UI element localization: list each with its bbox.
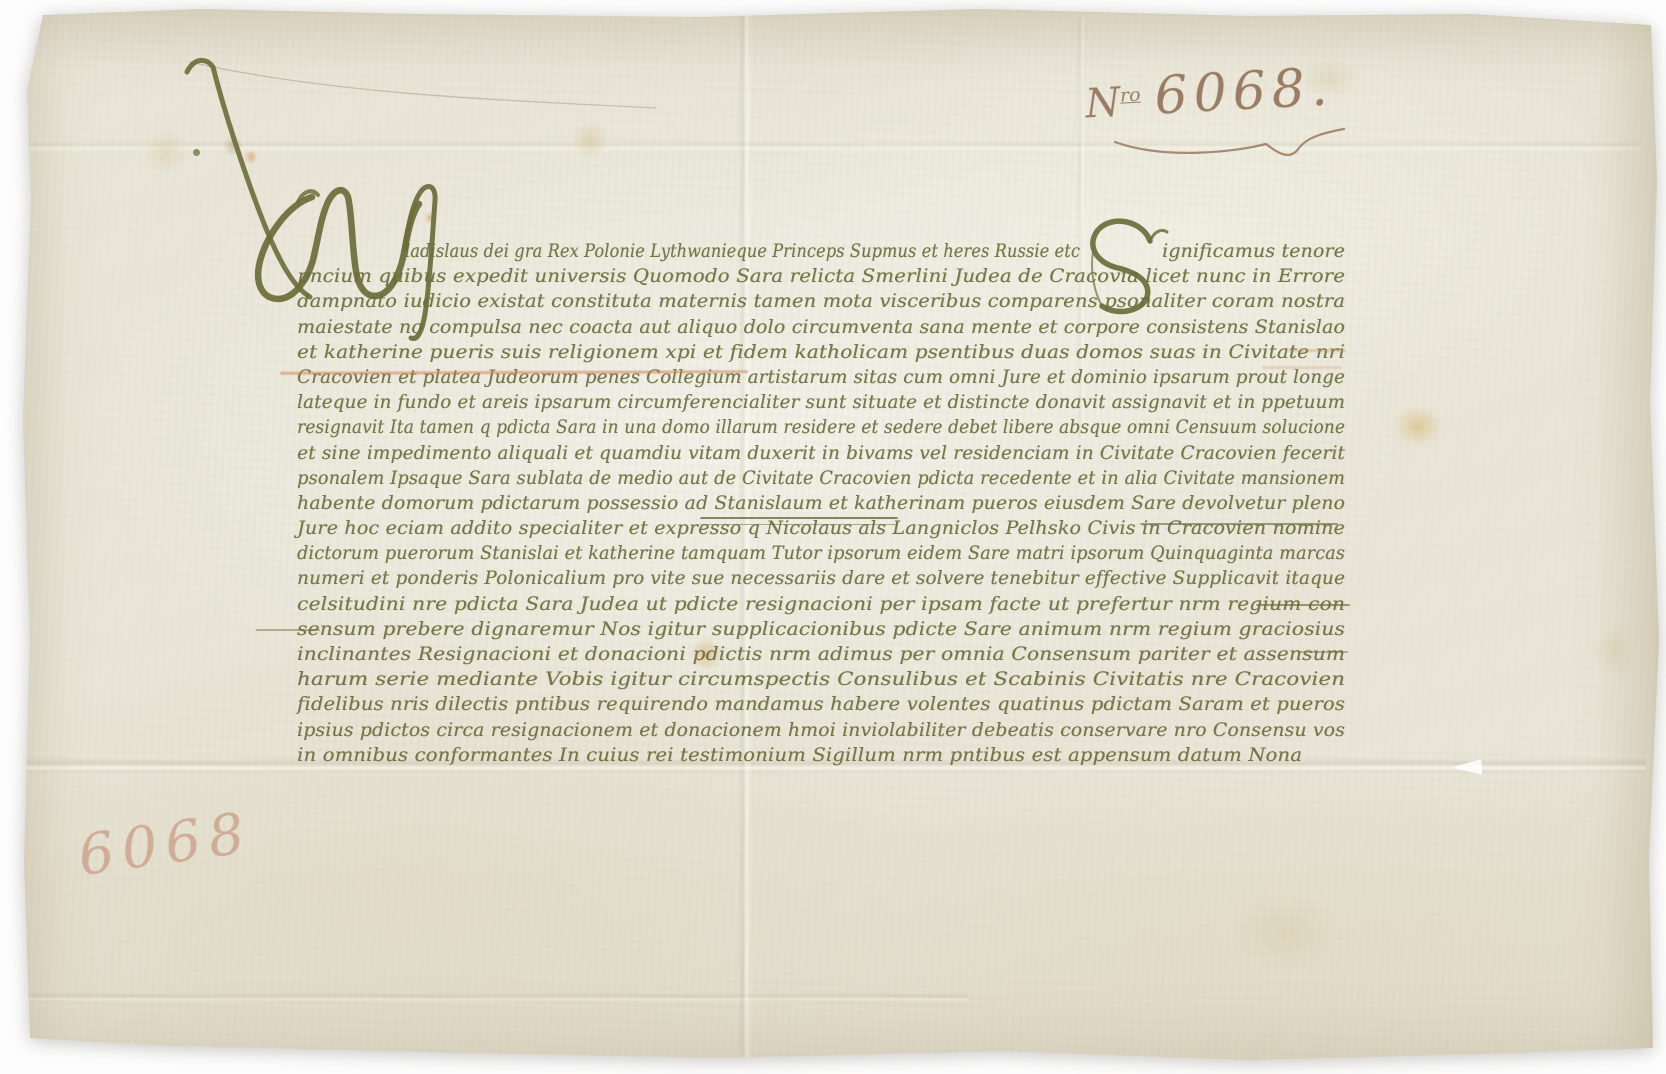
- manuscript-line-text: dictorum puerorum Stanislai et katherine…: [297, 542, 1345, 564]
- manuscript-line-text: sensum prebere dignaremur Nos igitur sup…: [297, 618, 1345, 640]
- manuscript-line-text: et sine impedimento aliquali et quamdiu …: [297, 442, 1345, 464]
- archival-number-bottom: 6068: [74, 800, 256, 889]
- manuscript-line: harum serie mediante Vobis igitur circum…: [297, 668, 1353, 693]
- manuscript-line: numeri et ponderis Polonicalium pro vite…: [297, 567, 1353, 592]
- manuscript-line-text: dampnato iudicio existat constituta mate…: [297, 290, 1345, 312]
- fold-crease-horizontal-bottom: [28, 992, 968, 1002]
- parchment: Nro6068. ladislaus dei gra Rex Polonie L…: [0, 0, 1666, 1074]
- manuscript-line: psonalem Ipsaque Sara sublata de medio a…: [297, 467, 1353, 492]
- manuscript-line-text: harum serie mediante Vobis igitur circum…: [297, 668, 1345, 690]
- archival-number-value: 6068.: [1153, 58, 1335, 127]
- stain: [142, 132, 190, 172]
- manuscript-line-text: fidelibus nris dilectis pntibus requiren…: [297, 693, 1345, 715]
- number-underline-flourish: [1115, 129, 1344, 155]
- stain: [244, 150, 258, 164]
- archival-number-superscript: ro: [1119, 84, 1141, 107]
- stain: [1392, 405, 1444, 447]
- manuscript-line-text: Jure hoc eciam addito specialiter et exp…: [297, 517, 1345, 539]
- manuscript-line: dictorum puerorum Stanislai et katherine…: [297, 542, 1353, 567]
- manuscript-line-text: et katherine pueris suis religionem xpi …: [297, 341, 1345, 363]
- manuscript-line: et katherine pueris suis religionem xpi …: [297, 341, 1353, 366]
- manuscript-line: pncium quibus expedit universis Quomodo …: [297, 265, 1353, 290]
- manuscript-line: celsitudini nre pdicta Sara Judea ut pdi…: [297, 593, 1353, 618]
- manuscript-line: lateque in fundo et areis ipsarum circum…: [297, 391, 1353, 416]
- parchment-shadow: Nro6068. ladislaus dei gra Rex Polonie L…: [0, 0, 1666, 1074]
- manuscript-line-text: lateque in fundo et areis ipsarum circum…: [297, 391, 1345, 413]
- manuscript-line-text: maiestate no compulsa nec coacta aut ali…: [297, 316, 1345, 338]
- manuscript-line-text: pncium quibus expedit universis Quomodo …: [297, 265, 1345, 287]
- archival-number-prefix: N: [1084, 80, 1121, 128]
- manuscript-line: in omnibus conformantes In cuius rei tes…: [297, 744, 1353, 769]
- stain: [1593, 620, 1637, 680]
- manuscript-line: sensum prebere dignaremur Nos igitur sup…: [297, 618, 1353, 643]
- stain: [1230, 892, 1340, 972]
- manuscript-line: fidelibus nris dilectis pntibus requiren…: [297, 693, 1353, 718]
- manuscript-line: dampnato iudicio existat constituta mate…: [297, 290, 1353, 315]
- manuscript-line-text: Cracovien et platea Judeorum penes Colle…: [297, 366, 1345, 388]
- manuscript-line-text: resignavit Ita tamen q pdicta Sara in un…: [297, 416, 1345, 438]
- manuscript-line: et sine impedimento aliquali et quamdiu …: [297, 442, 1353, 467]
- manuscript-line-text: ipsius pdictos circa resignacionem et do…: [297, 719, 1345, 741]
- manuscript-line-text: ladislaus dei gra Rex Polonie Lythwanieq…: [405, 240, 1080, 262]
- photo-background: Nro6068. ladislaus dei gra Rex Polonie L…: [0, 0, 1666, 1074]
- manuscript-line: ipsius pdictos circa resignacionem et do…: [297, 719, 1353, 744]
- stain: [424, 212, 436, 224]
- manuscript-line: resignavit Ita tamen q pdicta Sara in un…: [297, 416, 1353, 441]
- manuscript-line-text: numeri et ponderis Polonicalium pro vite…: [297, 567, 1345, 589]
- manuscript-line: Jure hoc eciam addito specialiter et exp…: [297, 517, 1353, 542]
- manuscript-line: inclinantes Resignacioni et donacioni pd…: [297, 643, 1353, 668]
- manuscript-line: maiestate no compulsa nec coacta aut ali…: [297, 316, 1353, 341]
- manuscript-line-text: psonalem Ipsaque Sara sublata de medio a…: [297, 467, 1345, 489]
- manuscript-line-text: ignificamus tenore: [1162, 240, 1345, 262]
- fold-crease-horizontal-top: [30, 140, 1641, 152]
- manuscript-line-text: in omnibus conformantes In cuius rei tes…: [297, 744, 1302, 766]
- manuscript-line: Cracovien et platea Judeorum penes Colle…: [297, 366, 1353, 391]
- parchment-tear: [1451, 759, 1482, 777]
- manuscript-line-text: inclinantes Resignacioni et donacioni pd…: [297, 643, 1345, 665]
- manuscript-text-block: ladislaus dei gra Rex Polonie Lythwanieq…: [297, 240, 1353, 769]
- ink-fleck: [193, 149, 200, 156]
- stain: [222, 136, 244, 156]
- archival-number-top: Nro6068.: [1084, 58, 1335, 131]
- manuscript-line-text: habente domorum pdictarum possessio ad S…: [297, 492, 1345, 514]
- manuscript-line-text: celsitudini nre pdicta Sara Judea ut pdi…: [297, 593, 1345, 615]
- stain: [570, 122, 610, 158]
- manuscript-line: ladislaus dei gra Rex Polonie Lythwanieq…: [297, 240, 1353, 265]
- manuscript-lines-container: pncium quibus expedit universis Quomodo …: [297, 265, 1353, 769]
- manuscript-line: habente domorum pdictarum possessio ad S…: [297, 492, 1353, 517]
